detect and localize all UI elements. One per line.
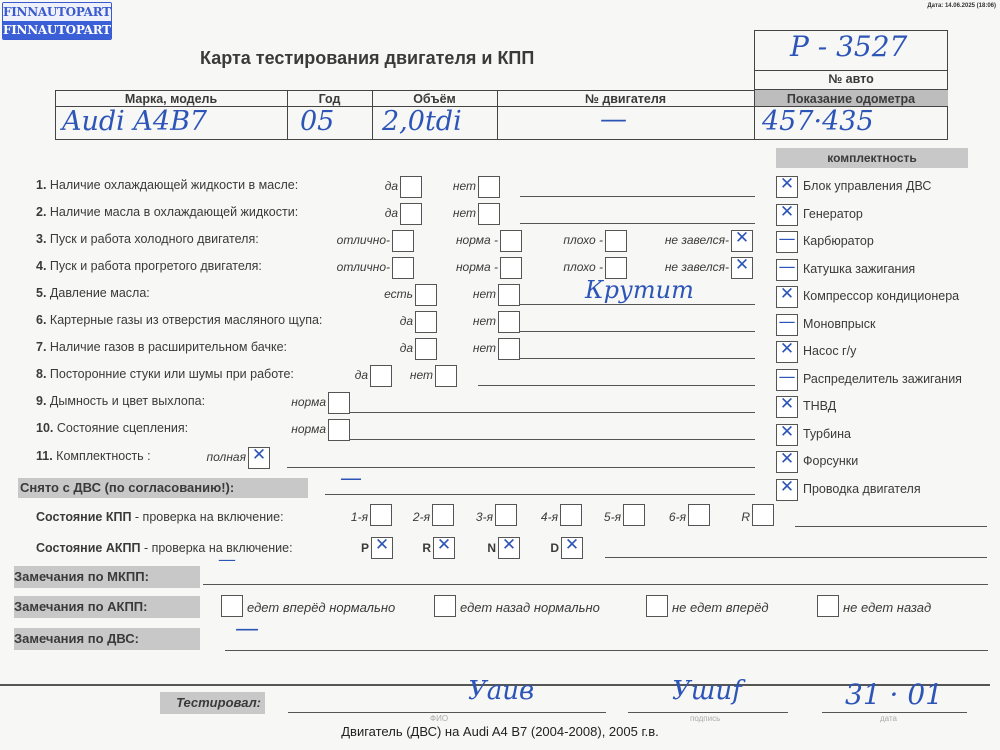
watermark-line-2: FINNAUTOPARTS [3,21,111,40]
x-mark-icon: ✕ [777,284,797,304]
option-checkbox[interactable]: ✕ [731,257,753,279]
x-mark-icon: ✕ [562,535,582,555]
kit-checkbox[interactable]: ✕ [776,451,798,473]
gear-checkbox[interactable] [370,504,392,526]
check-label: 10. Состояние сцепления: [36,421,188,435]
akpp-note: — [218,549,236,570]
option-label: нет [415,179,476,193]
gear-label: 6-я [648,510,686,524]
gear-checkbox[interactable] [752,504,774,526]
kit-item-label: Форсунки [803,454,858,468]
option-checkbox[interactable]: ✕ [248,447,270,469]
gear-label: P [341,541,369,555]
option-label: не завелся- [590,260,729,274]
tested-by-label: Тестировал: [160,692,265,714]
option-checkbox[interactable] [478,203,500,225]
tested-by-name: Уаив [468,676,534,706]
option-label: плохо - [495,260,603,274]
check-label: 8. Посторонние стуки или шумы при работе… [36,367,294,381]
remarks-mkpp-label: Замечания по МКПП: [14,566,200,588]
tested-by-signature: Ушиf [672,676,742,706]
note-line[interactable] [520,304,755,305]
sub-label-date: дата [880,714,897,723]
note-line[interactable] [350,439,755,440]
kit-item-label: Блок управления ДВС [803,179,931,193]
check-label: 3. Пуск и работа холодного двигателя: [36,232,259,246]
sub-label-fio: ФИО [430,714,448,723]
option-checkbox[interactable] [498,284,520,306]
option-checkbox[interactable] [478,176,500,198]
remarks-akpp-label: Замечания по АКПП: [14,596,200,618]
dash-mark-icon: — [777,367,797,387]
gear-label: R [403,541,431,555]
x-mark-icon: ✕ [777,339,797,359]
check-label: 5. Давление масла: [36,286,150,300]
value-year: 05 [300,106,334,137]
x-mark-icon: ✕ [249,445,269,465]
option-checkbox[interactable] [328,419,350,441]
x-mark-icon: ✕ [777,394,797,414]
gear-checkbox[interactable]: ✕ [561,537,583,559]
option-label: нет [410,341,496,355]
kit-item-label: Карбюратор [803,234,874,248]
x-mark-icon: ✕ [777,449,797,469]
car-number-value: P - 3527 [790,30,907,63]
gear-checkbox[interactable] [623,504,645,526]
photo-caption: Двигатель (ДВС) на Audi A4 B7 (2004-2008… [0,724,1000,739]
car-number-label: № авто [754,72,948,86]
kit-checkbox[interactable]: ✕ [776,396,798,418]
kit-checkbox[interactable]: — [776,314,798,336]
option-label: да [335,206,398,220]
akpp-remark-label: не едет назад [843,600,931,615]
option-label: норма [215,395,326,409]
value-engine-number: — [600,104,627,135]
gear-checkbox[interactable] [560,504,582,526]
note-line[interactable] [520,196,755,197]
option-label: плохо - [495,233,603,247]
gear-checkbox[interactable] [495,504,517,526]
x-mark-icon: ✕ [777,174,797,194]
option-label: отлично- [270,233,390,247]
remarks-dvs-value: — [235,614,259,642]
kit-item-label: Генератор [803,207,863,221]
option-label: норма - [390,260,498,274]
akpp-remark-checkbox[interactable] [434,595,456,617]
x-mark-icon: ✕ [777,422,797,442]
check-note: Крутит [585,276,694,304]
col-year: Год [287,92,372,106]
gear-label: 4-я [520,510,558,524]
col-odometer: Показание одометра [754,92,948,106]
value-make-model: Audi A4B7 [62,106,207,137]
kit-checkbox[interactable]: ✕ [776,176,798,198]
kit-title: комплектность [776,148,968,168]
check-label: 9. Дымность и цвет выхлопа: [36,394,205,408]
gear-checkbox[interactable] [688,504,710,526]
check-label: 11. Комплектность : [36,449,151,463]
value-volume: 2,0tdi [382,106,462,137]
mkpp-label: Состояние КПП - проверка на включение: [36,510,284,524]
kit-checkbox[interactable]: — [776,369,798,391]
kit-item-label: Турбина [803,427,851,441]
watermark-line-1: FINNAUTOPARTS [3,3,111,21]
gear-label: 5-я [583,510,621,524]
kit-item-label: Компрессор кондиционера [803,289,959,303]
gear-label: 1-я [330,510,368,524]
remarks-mkpp-line[interactable] [203,584,988,585]
kit-checkbox[interactable]: — [776,259,798,281]
kit-checkbox[interactable]: — [776,231,798,253]
check-label: 6. Картерные газы из отверстия масляного… [36,313,322,327]
option-label: отлично- [270,260,390,274]
check-label: 1. Наличие охлаждающей жидкости в масле: [36,178,298,192]
gear-label: 2-я [392,510,430,524]
date-stamp: Дата: 14.06.2025 (18:06) [927,3,996,9]
note-line[interactable] [520,358,755,359]
option-checkbox[interactable] [328,392,350,414]
gear-label: R [712,510,750,524]
option-checkbox[interactable]: ✕ [731,230,753,252]
option-label: нет [410,287,496,301]
col-make-model: Марка, модель [55,92,287,106]
akpp-remark-label: не едет вперёд [672,600,769,615]
x-mark-icon: ✕ [777,202,797,222]
removed-value: — [340,466,362,491]
tested-by-date: 31 · 01 [845,678,943,711]
col-volume: Объём [372,92,497,106]
gear-label: N [468,541,496,555]
option-label: норма - [390,233,498,247]
gear-label: 3-я [455,510,493,524]
akpp-remark-checkbox[interactable] [817,595,839,617]
dash-mark-icon: — [777,312,797,332]
gear-checkbox[interactable]: ✕ [371,537,393,559]
remarks-dvs-label: Замечания по ДВС: [14,628,200,650]
kit-checkbox[interactable]: ✕ [776,424,798,446]
kit-checkbox[interactable]: ✕ [776,479,798,501]
x-mark-icon: ✕ [499,535,519,555]
option-checkbox[interactable] [435,365,457,387]
x-mark-icon: ✕ [777,477,797,497]
option-label: есть [320,287,413,301]
kit-checkbox[interactable]: ✕ [776,286,798,308]
x-mark-icon: ✕ [434,535,454,555]
x-mark-icon: ✕ [732,228,752,248]
note-line[interactable] [350,412,755,413]
option-label: полная [135,450,246,464]
note-line[interactable] [478,385,755,386]
kit-item-label: Проводка двигателя [803,482,921,496]
value-odometer: 457·435 [762,106,874,137]
option-label: норма [215,422,326,436]
kit-item-label: Катушка зажигания [803,262,915,276]
gear-checkbox[interactable] [432,504,454,526]
sub-label-signature: подпись [690,714,720,723]
akpp-remark-checkbox[interactable] [646,595,668,617]
option-label: да [335,179,398,193]
option-label: нет [410,314,496,328]
option-label: нет [345,368,433,382]
note-line[interactable] [520,331,755,332]
form-title: Карта тестирования двигателя и КПП [200,48,534,69]
option-label: да [320,341,413,355]
kit-checkbox[interactable]: ✕ [776,204,798,226]
option-label: не завелся- [590,233,729,247]
kit-item-label: Распределитель зажигания [803,372,962,386]
gear-checkbox[interactable]: ✕ [498,537,520,559]
option-checkbox[interactable] [498,338,520,360]
option-label: нет [415,206,476,220]
check-label: 2. Наличие масла в охлаждающей жидкости: [36,205,298,219]
kit-item-label: ТНВД [803,399,836,413]
kit-item-label: Насос г/у [803,344,856,358]
akpp-remark-label: едет назад нормально [460,600,600,615]
kit-checkbox[interactable]: ✕ [776,341,798,363]
removed-label: Снято с ДВС (по согласованию!): [18,478,308,498]
gear-checkbox[interactable]: ✕ [433,537,455,559]
check-label: 7. Наличие газов в расширительном бачке: [36,340,287,354]
akpp-remark-label: едет вперёд нормально [247,600,395,615]
check-label: 4. Пуск и работа прогретого двигателя: [36,259,262,273]
note-line[interactable] [520,223,755,224]
x-mark-icon: ✕ [732,255,752,275]
x-mark-icon: ✕ [372,535,392,555]
gear-label: D [531,541,559,555]
dash-mark-icon: — [777,257,797,277]
watermark-logo: FINNAUTOPARTS FINNAUTOPARTS [2,2,112,40]
kit-item-label: Моновпрыск [803,317,875,331]
dash-mark-icon: — [777,229,797,249]
option-checkbox[interactable] [498,311,520,333]
akpp-label: Состояние АКПП - проверка на включение: [36,541,293,555]
option-label: да [320,314,413,328]
